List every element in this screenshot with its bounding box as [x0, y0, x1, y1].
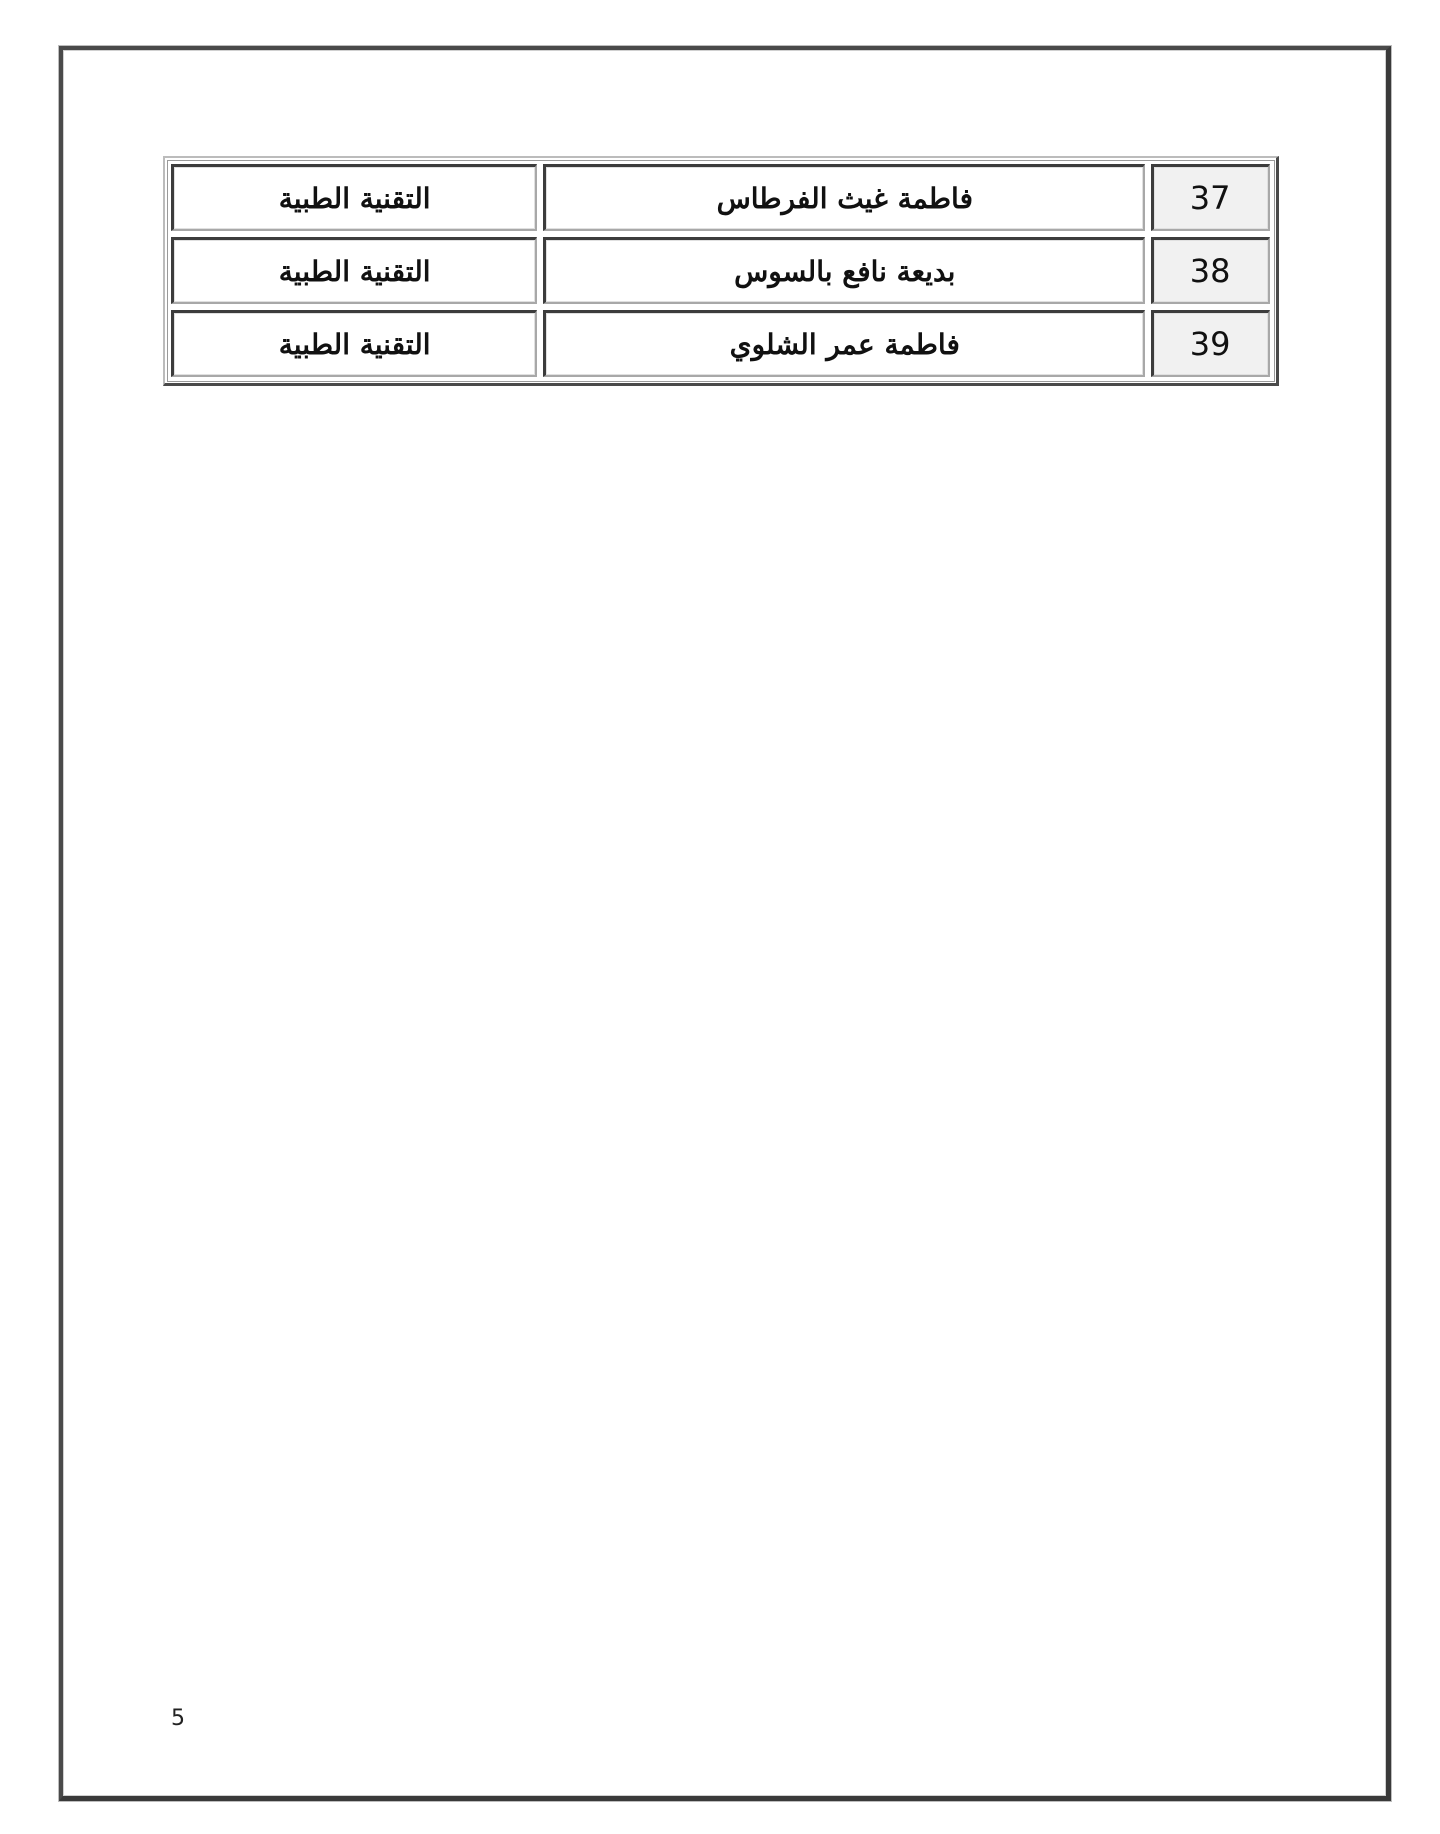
- student-name-cell: بديعة نافع بالسوس: [543, 237, 1145, 304]
- department-cell: التقنية الطبية: [171, 164, 537, 231]
- student-name-cell: فاطمة غيث الفرطاس: [543, 164, 1145, 231]
- table-row: 37 فاطمة غيث الفرطاس التقنية الطبية: [171, 164, 1270, 231]
- student-roster-table: 37 فاطمة غيث الفرطاس التقنية الطبية 38 ب…: [163, 156, 1279, 386]
- department-cell: التقنية الطبية: [171, 237, 537, 304]
- table-row: 38 بديعة نافع بالسوس التقنية الطبية: [171, 237, 1270, 304]
- student-name-cell: فاطمة عمر الشلوي: [543, 310, 1145, 377]
- page-number: 5: [171, 1706, 185, 1731]
- table-row: 39 فاطمة عمر الشلوي التقنية الطبية: [171, 310, 1270, 377]
- row-number-cell: 37: [1151, 164, 1270, 231]
- row-number-cell: 38: [1151, 237, 1270, 304]
- row-number-cell: 39: [1151, 310, 1270, 377]
- department-cell: التقنية الطبية: [171, 310, 537, 377]
